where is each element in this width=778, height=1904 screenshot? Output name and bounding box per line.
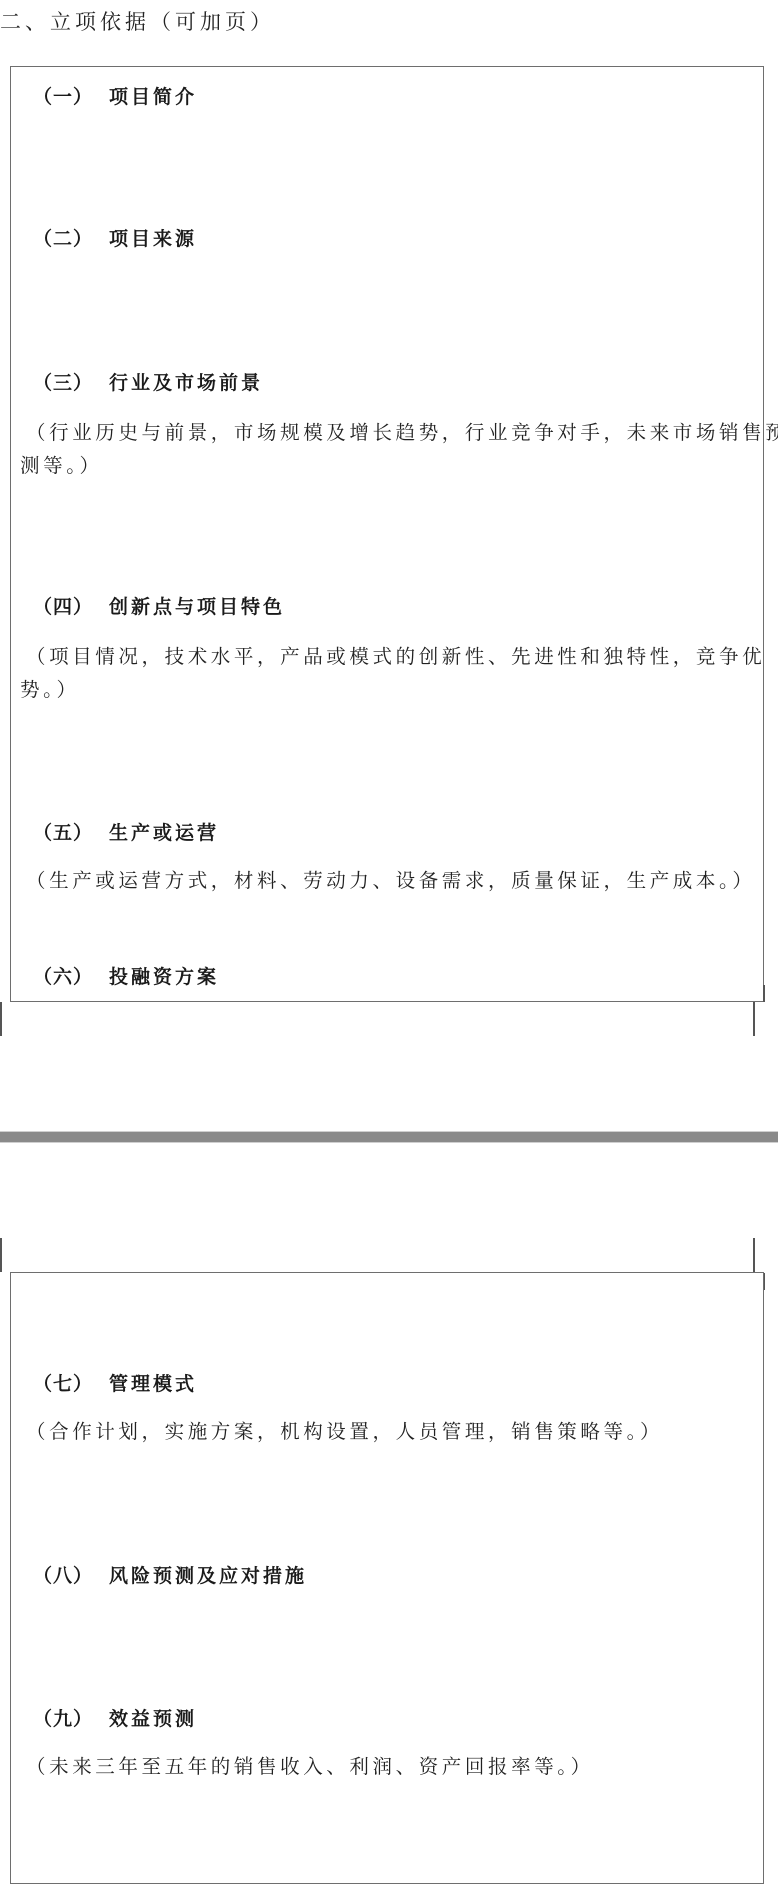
section-title: 二、立项依据（可加页） [0, 8, 275, 36]
crop-mark-left [0, 1002, 2, 1036]
section-heading-3: （三） 行业及市场前景 [33, 370, 263, 396]
section-heading-9: （九） 效益预测 [33, 1706, 197, 1732]
section-heading-text: 创新点与项目特色 [109, 594, 285, 620]
section-number: （二） [33, 226, 109, 252]
page-1-content-box [10, 66, 764, 1002]
section-number: （九） [33, 1706, 109, 1732]
section-heading-text: 项目简介 [109, 84, 197, 110]
section-number: （三） [33, 370, 109, 396]
section-description-line: （行业历史与前景，市场规模及增长趋势，行业竞争对手，未来市场销售预 [26, 416, 778, 449]
section-description-line: （项目情况，技术水平，产品或模式的创新性、先进性和独特性，竞争优 [26, 640, 765, 673]
section-heading-text: 投融资方案 [109, 964, 219, 990]
section-number: （五） [33, 820, 109, 846]
section-description-line: （未来三年至五年的销售收入、利润、资产回报率等。） [26, 1750, 594, 1783]
section-number: （八） [33, 1563, 109, 1589]
section-number: （一） [33, 84, 109, 110]
section-heading-8: （八） 风险预测及应对措施 [33, 1563, 307, 1589]
crop-mark-left [0, 1238, 2, 1272]
section-heading-5: （五） 生产或运营 [33, 820, 219, 846]
section-heading-7: （七） 管理模式 [33, 1371, 197, 1397]
section-heading-4: （四） 创新点与项目特色 [33, 594, 285, 620]
crop-mark-right [753, 1002, 755, 1036]
section-heading-text: 管理模式 [109, 1371, 197, 1397]
crop-mark-right-outer [763, 985, 765, 1002]
section-heading-text: 项目来源 [109, 226, 197, 252]
section-description-line: （生产或运营方式，材料、劳动力、设备需求，质量保证，生产成本。） [26, 864, 755, 897]
crop-mark-right [753, 1238, 755, 1272]
section-heading-text: 效益预测 [109, 1706, 197, 1732]
section-number: （七） [33, 1371, 109, 1397]
section-description-line: （合作计划，实施方案，机构设置，人员管理，销售策略等。） [26, 1415, 663, 1448]
section-description-line: 测等。） [20, 449, 103, 482]
section-number: （四） [33, 594, 109, 620]
section-heading-1: （一） 项目简介 [33, 84, 197, 110]
section-heading-2: （二） 项目来源 [33, 226, 197, 252]
section-description-line: 势。） [20, 673, 80, 706]
section-heading-text: 生产或运营 [109, 820, 219, 846]
section-number: （六） [33, 964, 109, 990]
section-heading-6: （六） 投融资方案 [33, 964, 219, 990]
section-heading-text: 风险预测及应对措施 [109, 1563, 307, 1589]
page-break-divider [0, 1131, 778, 1143]
section-heading-text: 行业及市场前景 [109, 370, 263, 396]
